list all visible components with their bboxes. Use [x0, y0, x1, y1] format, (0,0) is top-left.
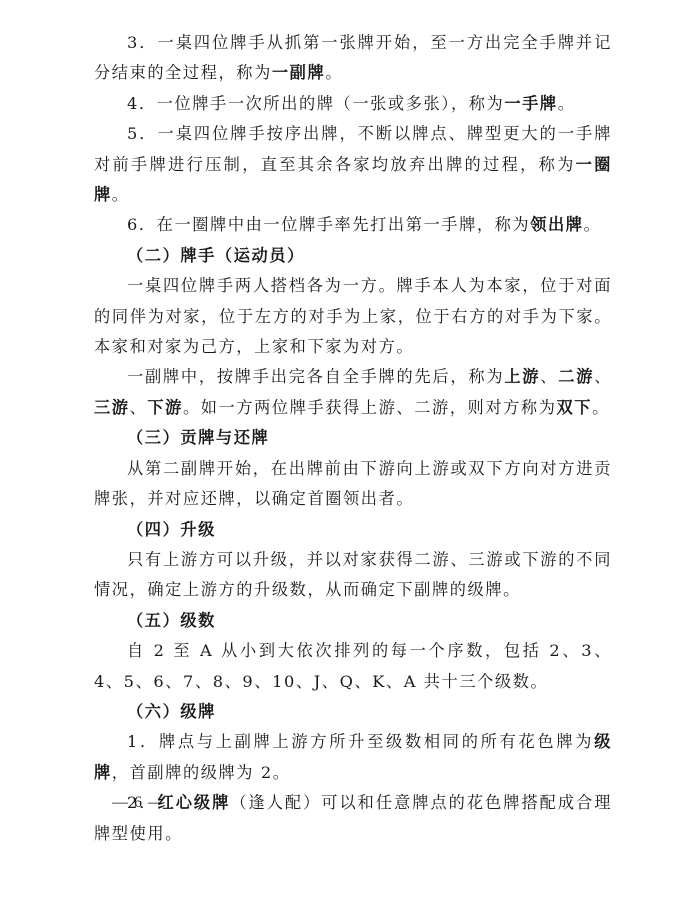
- term-bold: 一副牌: [272, 63, 325, 82]
- text: 从第二副牌开始，在出牌前由下游向上游或双下方向对方进贡牌张，并对应还牌，以确定首…: [94, 459, 612, 508]
- heading-text: （二）牌手（运动员）: [127, 246, 305, 265]
- text: 。: [558, 94, 576, 113]
- paragraph-definition-5: 5．一桌四位牌手按序出牌，不断以牌点、牌型更大的一手牌对前手牌进行压制，直至其余…: [94, 119, 612, 210]
- text: 只有上游方可以升级，并以对家获得二游、三游或下游的不同情况，确定上游方的升级数，…: [94, 550, 612, 599]
- paragraph-definition-4: 4．一位牌手一次所出的牌（一张或多张），称为一手牌。: [94, 89, 612, 119]
- term-bold: 上游: [504, 367, 540, 386]
- paragraph-upgrade: 只有上游方可以升级，并以对家获得二游、三游或下游的不同情况，确定上游方的升级数，…: [94, 545, 612, 606]
- paragraph-tribute: 从第二副牌开始，在出牌前由下游向上游或双下方向对方进贡牌张，并对应还牌，以确定首…: [94, 454, 612, 515]
- text: 。: [584, 215, 602, 234]
- paragraph-level-cards-2: 2．红心级牌（逢人配）可以和任意牌点的花色牌搭配成合理牌型使用。: [94, 788, 612, 849]
- term-bold: 领出牌: [530, 215, 583, 234]
- paragraph-finish-order: 一副牌中，按牌手出完各自全手牌的先后，称为上游、二游、三游、下游。如一方两位牌手…: [94, 362, 612, 423]
- text: 4．一位牌手一次所出的牌（一张或多张），称为: [127, 94, 504, 113]
- text: 3．一桌四位牌手从抓第一张牌开始，至一方出完全手牌并记分结束的全过程，称为: [94, 33, 612, 82]
- text: 、: [130, 398, 148, 417]
- text: 。如一方两位牌手获得上游、二游，则对方称为: [183, 398, 557, 417]
- term-bold: 三游: [94, 398, 130, 417]
- text: 。: [592, 398, 610, 417]
- heading-text: （四）升级: [127, 520, 216, 539]
- text: 一副牌中，按牌手出完各自全手牌的先后，称为: [127, 367, 504, 386]
- text: 6．在一圈牌中由一位牌手率先打出第一手牌，称为: [127, 215, 530, 234]
- section-heading-upgrade: （四）升级: [94, 515, 612, 545]
- paragraph-definition-3: 3．一桌四位牌手从抓第一张牌开始，至一方出完全手牌并记分结束的全过程，称为一副牌…: [94, 28, 612, 89]
- text: ，首副牌的级牌为 2。: [112, 763, 291, 782]
- text: 。: [112, 185, 130, 204]
- term-bold: 二游: [558, 367, 594, 386]
- text: 、: [594, 367, 612, 386]
- term-bold: 一手牌: [504, 94, 557, 113]
- term-bold: 红心级牌: [158, 793, 231, 812]
- text: 、: [540, 367, 558, 386]
- document-page: 3．一桌四位牌手从抓第一张牌开始，至一方出完全手牌并记分结束的全过程，称为一副牌…: [94, 28, 612, 849]
- heading-text: （五）级数: [127, 611, 216, 630]
- section-heading-levels: （五）级数: [94, 606, 612, 636]
- page-number: — 6 —: [112, 794, 165, 812]
- paragraph-definition-6: 6．在一圈牌中由一位牌手率先打出第一手牌，称为领出牌。: [94, 210, 612, 240]
- section-heading-players: （二）牌手（运动员）: [94, 241, 612, 271]
- text: 5．一桌四位牌手按序出牌，不断以牌点、牌型更大的一手牌对前手牌进行压制，直至其余…: [94, 124, 612, 173]
- section-heading-tribute: （三）贡牌与还牌: [94, 423, 612, 453]
- term-bold: 下游: [147, 398, 183, 417]
- paragraph-level-cards-1: 1．牌点与上副牌上游方所升至级数相同的所有花色牌为级牌，首副牌的级牌为 2。: [94, 727, 612, 788]
- heading-text: （三）贡牌与还牌: [127, 428, 269, 447]
- heading-text: （六）级牌: [127, 702, 216, 721]
- term-bold: 双下: [557, 398, 593, 417]
- text: 。: [325, 63, 343, 82]
- section-heading-level-cards: （六）级牌: [94, 697, 612, 727]
- paragraph-players-positions: 一桌四位牌手两人搭档各为一方。牌手本人为本家，位于对面的同伴为对家，位于左方的对…: [94, 271, 612, 362]
- paragraph-levels: 自 2 至 A 从小到大依次排列的每一个序数，包括 2、3、4、5、6、7、8、…: [94, 636, 612, 697]
- text: 自 2 至 A 从小到大依次排列的每一个序数，包括 2、3、4、5、6、7、8、…: [94, 641, 612, 690]
- text: 一桌四位牌手两人搭档各为一方。牌手本人为本家，位于对面的同伴为对家，位于左方的对…: [94, 276, 612, 356]
- text: 1．牌点与上副牌上游方所升至级数相同的所有花色牌为: [127, 732, 594, 751]
